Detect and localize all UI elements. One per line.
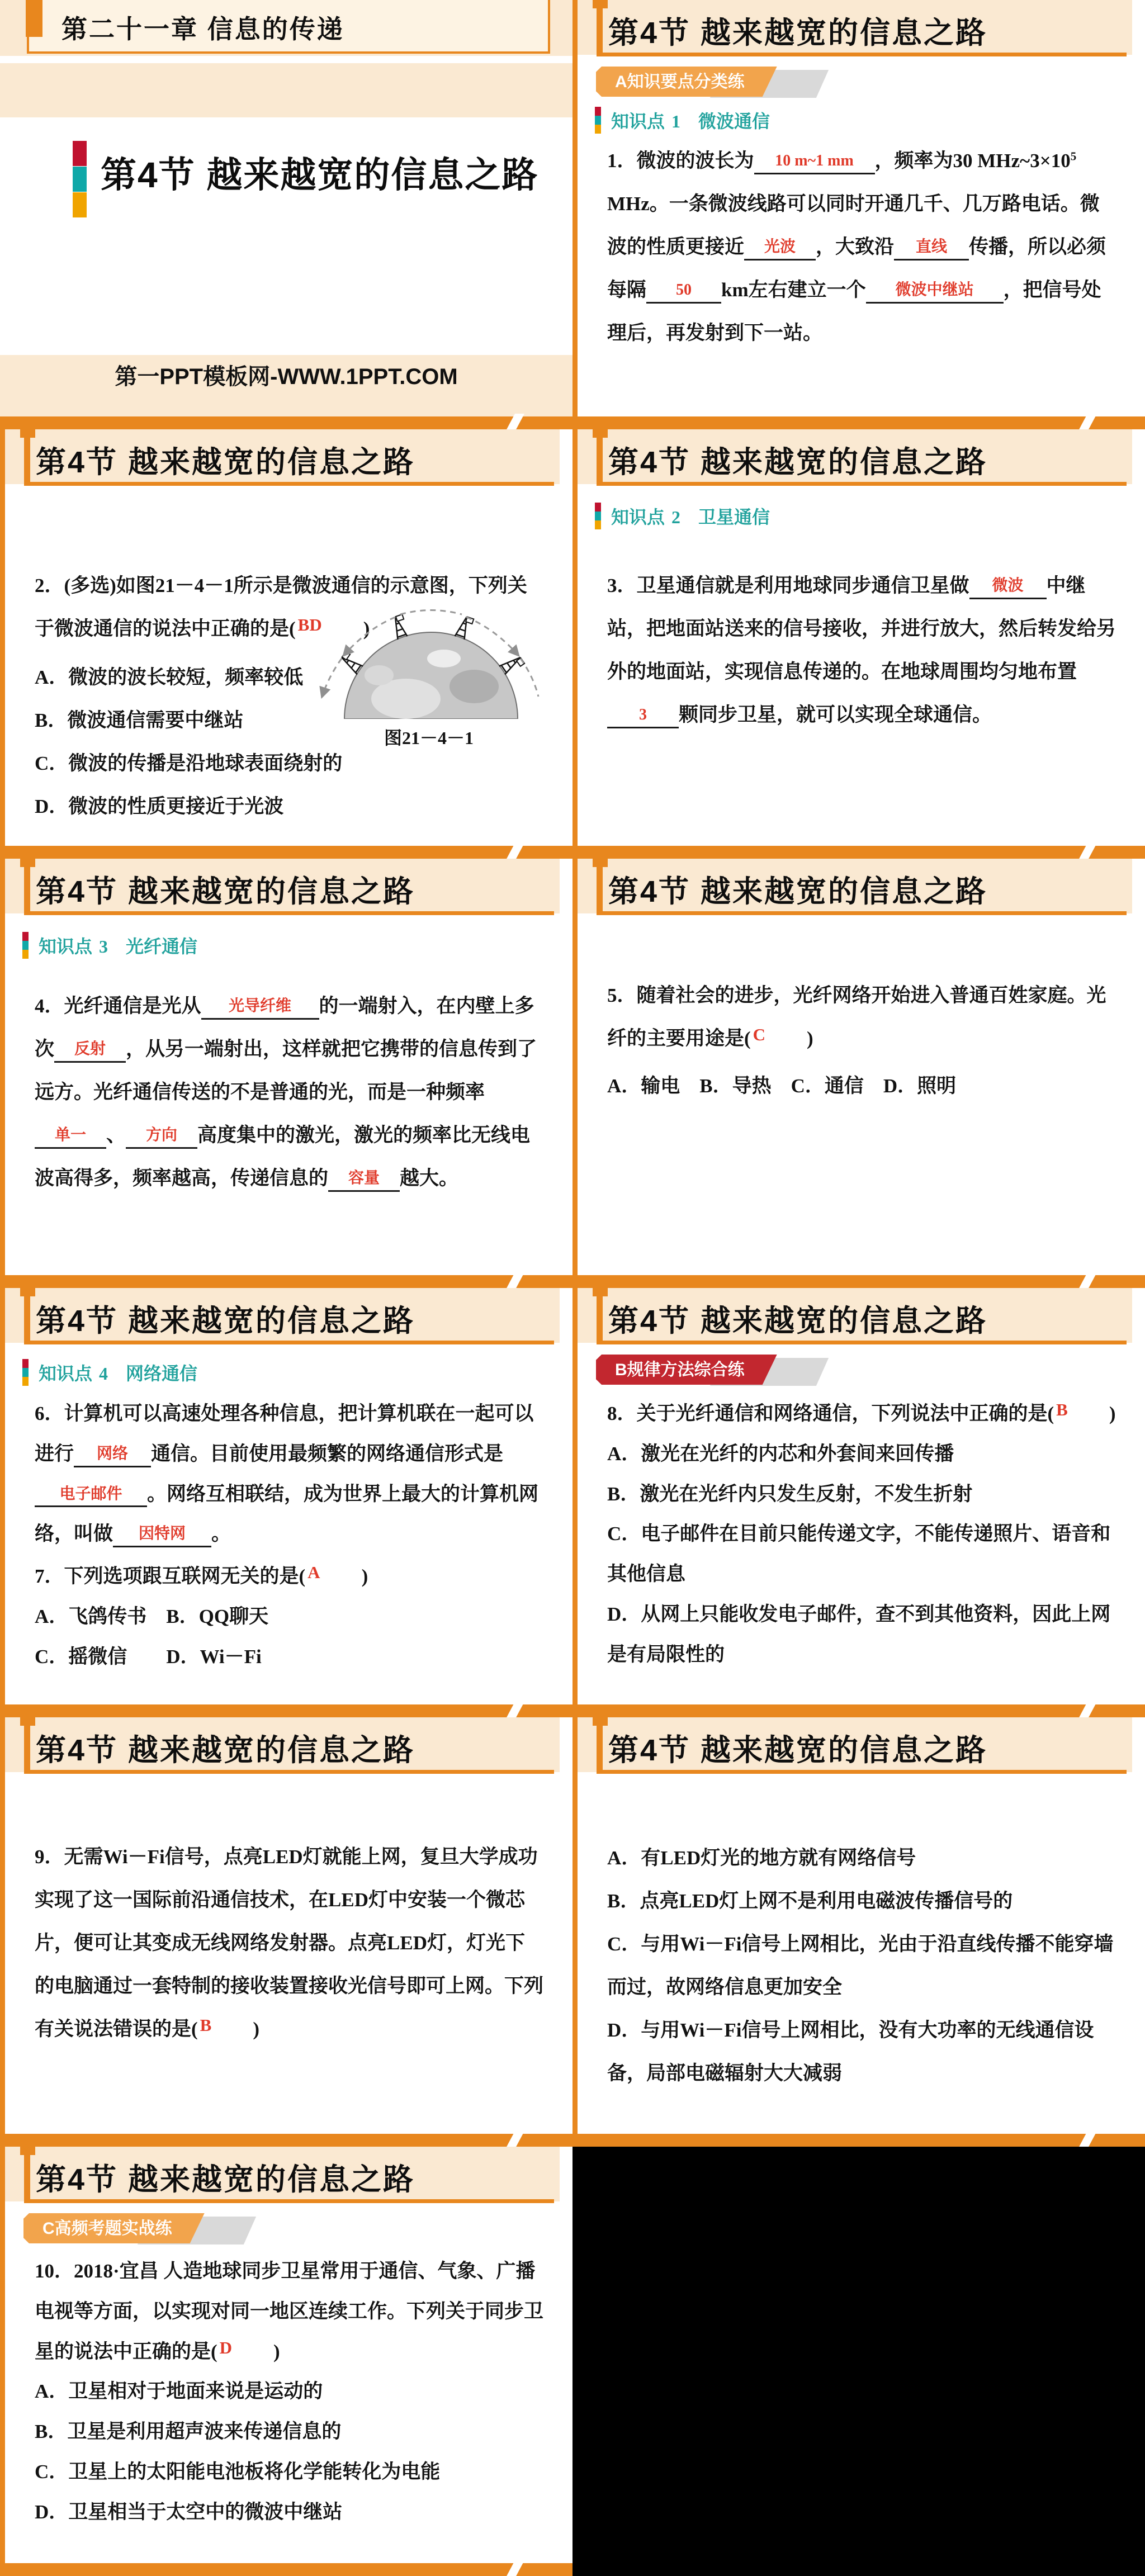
section-badge-c: C高频考题实战练 (23, 2213, 543, 2244)
slide-header-title: 第4节 越来越宽的信息之路 (36, 438, 415, 481)
bottom-bar (572, 1275, 1145, 1288)
left-stripe (0, 1717, 5, 2147)
blank-with-answer: 反射 (54, 1039, 126, 1063)
header-rule (597, 911, 1127, 915)
option-c: C．与用Wi－Fi信号上网相比，光由于沿直线传播不能穿墙而过，故网络信息更加安全 (607, 1922, 1116, 2009)
answer-letter: B (200, 2015, 212, 2035)
bottom-bar (0, 416, 572, 429)
blank-with-answer: 微波中继站 (866, 280, 1004, 304)
badge-label: B规律方法综合练 (596, 1355, 777, 1385)
option-c: C．卫星上的太阳能电池板将化学能转化为电能 (35, 2452, 543, 2492)
left-stripe (572, 859, 578, 1288)
bar-slash (1077, 1702, 1097, 1717)
slide-header-title: 第4节 越来越宽的信息之路 (36, 2156, 415, 2199)
header-rule (24, 437, 30, 486)
option-d: D．与用Wi－Fi信号上网相比，没有大功率的无线通信设备，局部电磁辐射大大减弱 (607, 2009, 1116, 2095)
bottom-bar (572, 1704, 1145, 1717)
blank-with-answer: 3 (607, 705, 679, 728)
kp-name: 卫星通信 (698, 507, 770, 527)
blank-with-answer: 微波 (969, 576, 1047, 599)
option-b: B．点亮LED灯上网不是利用电磁波传播信号的 (607, 1879, 1116, 1922)
blank-with-answer: 光波 (744, 237, 816, 261)
header-rule (597, 437, 603, 486)
slide-title-page: 第二十一章 信息的传递 第4节 越来越宽的信息之路 第一PPT模板网-WWW.1… (0, 0, 572, 429)
slide-q4: 第4节 越来越宽的信息之路 知识点3光纤通信 4．光纤通信是光从光导纤维的一端射… (0, 859, 572, 1288)
knowledge-point-4: 知识点4网络通信 (22, 1358, 543, 1387)
knowledge-point-3: 知识点3光纤通信 (22, 931, 543, 960)
tricolor-bar-icon (595, 107, 601, 134)
answer-letter: A (307, 1562, 320, 1582)
bottom-bar (0, 1275, 572, 1288)
bar-slash (1077, 414, 1097, 429)
options-list: A．微波的波长较短，频率较低 B．微波通信需要中继站 C．微波的传播是沿地球表面… (35, 656, 351, 828)
answer-letter: D (220, 2338, 232, 2357)
bar-slash (505, 2560, 524, 2576)
bar-slash (505, 843, 524, 859)
bottom-bar (572, 846, 1145, 859)
options-line: A．输电 B．导热 C．通信 D．照明 (607, 1064, 1116, 1107)
slide-header-title: 第4节 越来越宽的信息之路 (608, 438, 987, 481)
bottom-bar (572, 2134, 1145, 2147)
bar-slash (505, 1272, 524, 1288)
slide-header-title: 第4节 越来越宽的信息之路 (608, 1726, 987, 1769)
tricolor-bar-icon (22, 1359, 29, 1386)
knowledge-point-1: 知识点1微波通信 (595, 106, 1116, 135)
left-stripe (0, 429, 5, 859)
bar-slash (1077, 2131, 1097, 2147)
question-3: 3．卫星通信就是利用地球同步通信卫星做微波中继站，把地面站送来的信号接收，并进行… (607, 564, 1116, 736)
left-stripe (0, 859, 5, 1288)
header-rule (24, 1725, 30, 1774)
header-rule (597, 482, 1127, 486)
header-rule (24, 482, 554, 486)
option-b: B．激光在光纤内只发生反射，不发生折射 (607, 1474, 1116, 1514)
orange-tab (26, 0, 42, 37)
header-rule (597, 7, 603, 56)
section-badge-b: B规律方法综合练 (596, 1355, 1116, 1386)
slide-header-title: 第4节 越来越宽的信息之路 (608, 9, 987, 52)
question-6: 6．计算机可以高速处理各种信息，把计算机联在一起可以进行网络通信。目前使用最频繁… (35, 1394, 543, 1554)
kp-name: 微波通信 (698, 111, 770, 131)
bottom-bar (0, 2563, 572, 2576)
header-rule (24, 1770, 554, 1774)
question-9: 9．无需Wi－Fi信号，点亮LED灯就能上网，复旦大学成功实现了这一国际前沿通信… (35, 1835, 543, 2051)
knowledge-point-2: 知识点2卫星通信 (595, 501, 1116, 531)
header-rule (24, 1295, 30, 1344)
header-rule (597, 1341, 1127, 1344)
blank-black-cell (572, 2147, 1145, 2576)
blank-with-answer: 方向 (126, 1125, 197, 1149)
answer-letter: B (1056, 1400, 1068, 1419)
answer-letter: C (753, 1025, 765, 1044)
bottom-bar (572, 416, 1145, 429)
left-stripe (572, 0, 578, 429)
figure-caption: 图21－4－1 (316, 724, 541, 750)
option-b: B．微波通信需要中继站 (35, 699, 351, 742)
option-b: B．卫星是利用超声波来传递信息的 (35, 2412, 543, 2452)
left-stripe (0, 1288, 5, 1717)
kp-number: 4 (99, 1363, 108, 1384)
slide-header-title: 第4节 越来越宽的信息之路 (36, 1297, 415, 1340)
kp-name: 光纤通信 (126, 936, 197, 956)
left-stripe (0, 2147, 5, 2576)
header-rule (597, 53, 1127, 56)
bar-slash (505, 1702, 524, 1717)
blank-with-answer: 网络 (74, 1444, 151, 1467)
question-10: 10．2018·宜昌 人造地球同步卫星常用于通信、气象、广播电视等方面，以实现对… (35, 2251, 543, 2371)
bottom-bar (0, 1704, 572, 1717)
q7-options-line-1: A．飞鸽传书 B．QQ聊天 (35, 1597, 543, 1637)
options-list: A．有LED灯光的地方就有网络信号 B．点亮LED灯上网不是利用电磁波传播信号的… (607, 1836, 1116, 2095)
left-stripe (572, 1717, 578, 2147)
option-a: A．微波的波长较短，频率较低 (35, 656, 351, 699)
q7-options-line-2: C．摇微信 D．Wi－Fi (35, 1637, 543, 1677)
question-5: 5．随着社会的进步，光纤网络开始进入普通百姓家庭。光纤的主要用途是(C ) (607, 974, 1116, 1060)
badge-label: C高频考题实战练 (23, 2213, 205, 2243)
left-stripe (572, 429, 578, 859)
red-square (73, 141, 87, 166)
option-a: A．激光在光纤的内芯和外套间来回传播 (607, 1434, 1116, 1474)
lesson-title: 第4节 越来越宽的信息之路 (101, 146, 538, 198)
option-d: D．卫星相当于太空中的微波中继站 (35, 2492, 543, 2532)
slide-header-title: 第4节 越来越宽的信息之路 (36, 868, 415, 911)
blank-with-answer: 因特网 (113, 1524, 211, 1547)
blank-with-answer: 光导纤维 (201, 996, 319, 1020)
question-1: 1．微波的波长为10 m~1 mm，频率为30 MHz~3×105 MHz。一条… (607, 139, 1116, 354)
yellow-square (73, 192, 87, 217)
slide-q5: 第4节 越来越宽的信息之路 5．随着社会的进步，光纤网络开始进入普通百姓家庭。光… (572, 859, 1145, 1288)
header-rule (597, 1725, 603, 1774)
kp-label: 知识点 (39, 936, 92, 956)
kp-name: 网络通信 (126, 1363, 197, 1384)
header-rule (24, 2199, 554, 2203)
chapter-title: 第二十一章 信息的传递 (61, 9, 344, 46)
header-rule (24, 2154, 30, 2203)
kp-label: 知识点 (611, 507, 665, 527)
question-4: 4．光纤通信是光从光导纤维的一端射入，在内壁上多次反射，从另一端射出，这样就把它… (35, 984, 543, 1200)
slide-q1: 第4节 越来越宽的信息之路 A知识要点分类练 知识点1微波通信 1．微波的波长为… (572, 0, 1145, 429)
blank-with-answer: 10 m~1 mm (754, 151, 875, 174)
bar-slash (1077, 1272, 1097, 1288)
footer-watermark: 第一PPT模板网-WWW.1PPT.COM (0, 359, 572, 391)
bar-slash (505, 2131, 524, 2147)
tricolor-bar-icon (22, 932, 29, 959)
header-rule (24, 911, 554, 915)
kp-label: 知识点 (611, 111, 665, 131)
kp-label: 知识点 (39, 1363, 92, 1384)
header-rule (24, 866, 30, 915)
slide-q9: 第4节 越来越宽的信息之路 9．无需Wi－Fi信号，点亮LED灯就能上网，复旦大… (0, 1717, 572, 2147)
divider (0, 56, 572, 63)
blank-with-answer: 50 (646, 280, 721, 304)
tricolor-bar-icon (595, 503, 601, 529)
figure-21-4-1: 图21－4－1 (316, 591, 541, 750)
option-a: A．卫星相对于地面来说是运动的 (35, 2371, 543, 2412)
slide-q8: 第4节 越来越宽的信息之路 B规律方法综合练 8．关于光纤通信和网络通信，下列说… (572, 1288, 1145, 1717)
kp-number: 3 (99, 936, 108, 956)
header-rule (24, 1341, 554, 1344)
kp-number: 2 (671, 507, 680, 527)
blank-with-answer: 容量 (328, 1168, 400, 1192)
bar-slash (505, 414, 524, 429)
question-7: 7．下列选项跟互联网无关的是(A ) (35, 1556, 543, 1597)
header-rule (597, 1295, 603, 1344)
slide-header-title: 第4节 越来越宽的信息之路 (608, 1297, 987, 1340)
slide-q2: 第4节 越来越宽的信息之路 2．(多选)如图21－4－1所示是微波通信的示意图，… (0, 429, 572, 859)
microwave-relay-diagram (316, 591, 541, 719)
option-c: C．电子邮件在目前只能传递文字，不能传递照片、语音和其他信息 (607, 1514, 1116, 1594)
blank-with-answer: 直线 (894, 237, 969, 261)
slide-q3: 第4节 越来越宽的信息之路 知识点2卫星通信 3．卫星通信就是利用地球同步通信卫… (572, 429, 1145, 859)
slide-q6-q7: 第4节 越来越宽的信息之路 知识点4网络通信 6．计算机可以高速处理各种信息，把… (0, 1288, 572, 1717)
left-stripe (572, 1288, 578, 1717)
slide-header-title: 第4节 越来越宽的信息之路 (608, 868, 987, 911)
header-rule (597, 1770, 1127, 1774)
header-rule (597, 866, 603, 915)
bottom-bar (0, 846, 572, 859)
badge-label: A知识要点分类练 (596, 67, 777, 97)
kp-number: 1 (671, 111, 680, 131)
option-c: C．微波的传播是沿地球表面绕射的 (35, 742, 351, 785)
bar-slash (1077, 843, 1097, 859)
slide-q10: 第4节 越来越宽的信息之路 C高频考题实战练 10．2018·宜昌 人造地球同步… (0, 2147, 572, 2576)
option-d: D．微波的性质更接近于光波 (35, 785, 351, 828)
slides-grid: 第二十一章 信息的传递 第4节 越来越宽的信息之路 第一PPT模板网-WWW.1… (0, 0, 1145, 2576)
option-d: D．从网上只能收发电子邮件，查不到其他资料，因此上网是有局限性的 (607, 1594, 1116, 1675)
blank-with-answer: 单一 (35, 1125, 106, 1149)
teal-square (73, 167, 87, 192)
bottom-bar (0, 2134, 572, 2147)
section-badge-a: A知识要点分类练 (596, 67, 1116, 98)
question-8: 8．关于光纤通信和网络通信，下列说法中正确的是(B ) (607, 1394, 1116, 1434)
slide-q9-options: 第4节 越来越宽的信息之路 A．有LED灯光的地方就有网络信号 B．点亮LED灯… (572, 1717, 1145, 2147)
slide-header-title: 第4节 越来越宽的信息之路 (36, 1726, 415, 1769)
blank-with-answer: 电子邮件 (35, 1484, 147, 1508)
option-a: A．有LED灯光的地方就有网络信号 (607, 1836, 1116, 1879)
